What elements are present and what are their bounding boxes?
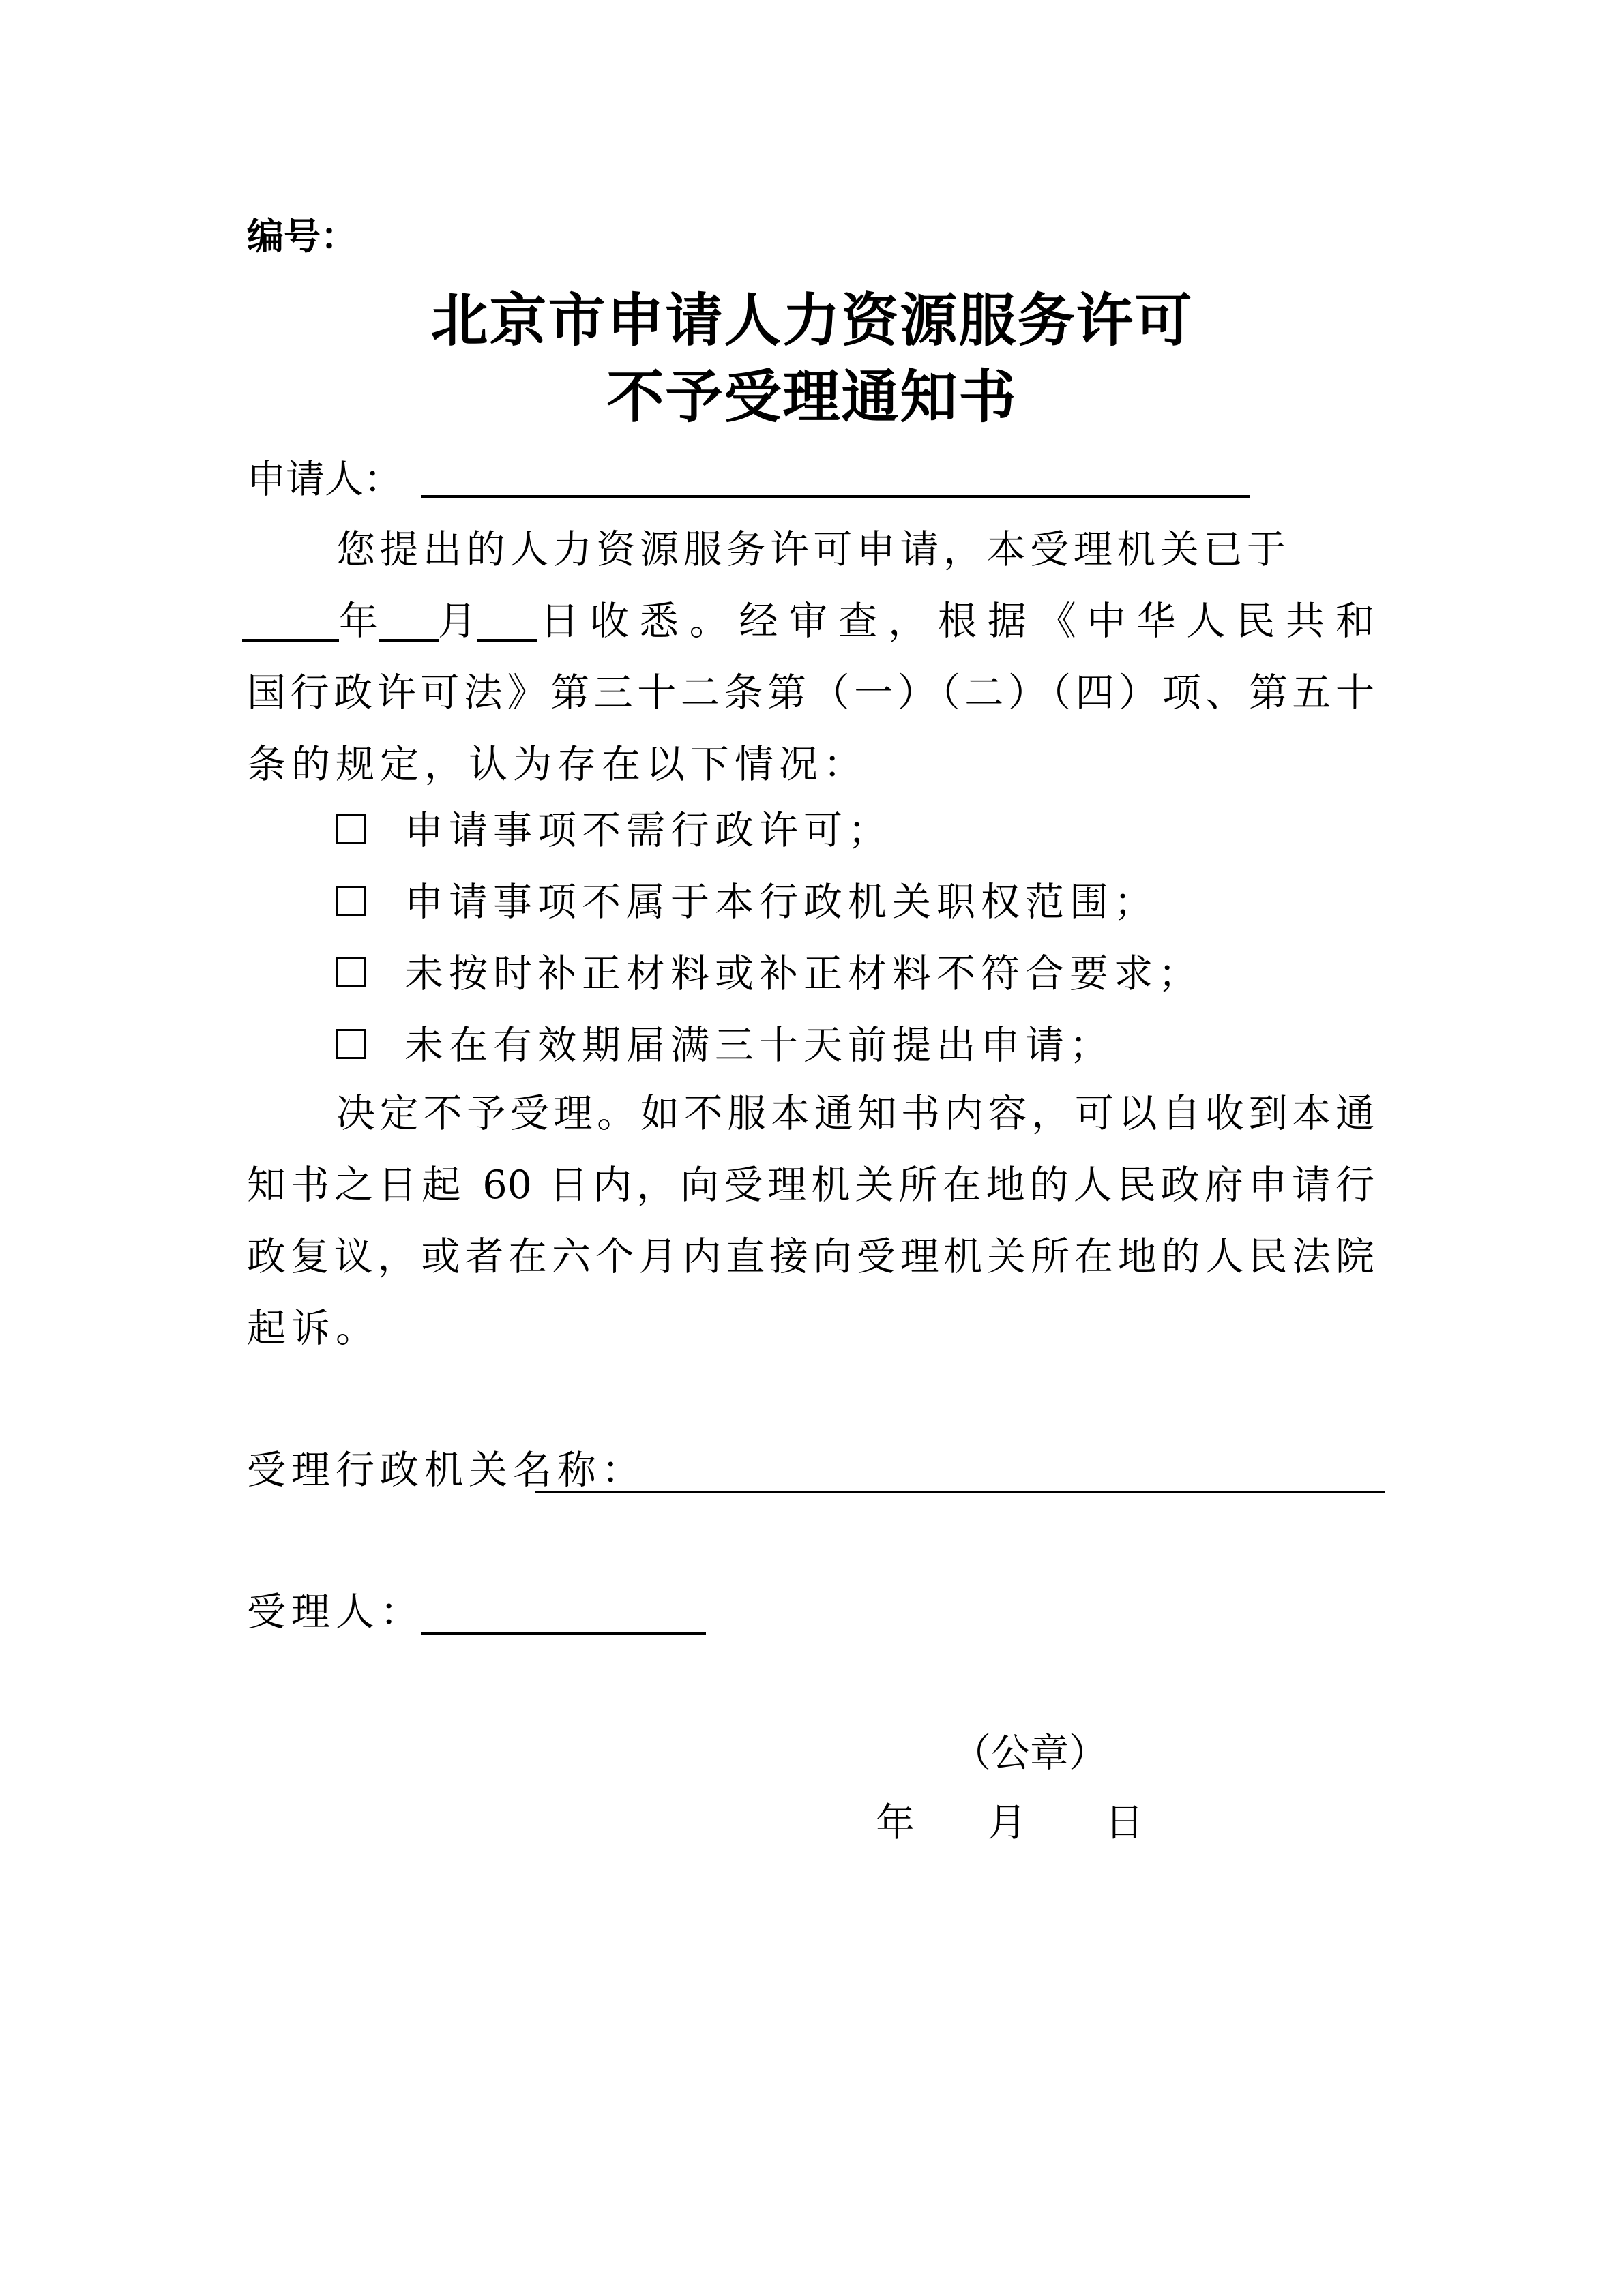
handler-field[interactable] (421, 1632, 706, 1635)
applicant-field[interactable] (421, 495, 1250, 498)
condition-checkbox-3[interactable] (336, 957, 366, 987)
decision-line-4: 起诉。 (247, 1304, 380, 1352)
intro-line-3: 国行政许可法》第三十二条第（一）（二）（四）项、第五十 (247, 669, 1374, 717)
condition-label-2: 申请事项不属于本行政机关职权范围； (404, 878, 1158, 926)
received-month-field[interactable] (379, 639, 439, 642)
intro-line-4: 条的规定，认为存在以下情况： (247, 741, 868, 788)
intro-line-2: 日收悉。经审查，根据《中华人民共和 (540, 597, 1374, 645)
intro-line-1: 您提出的人力资源服务许可申请，本受理机关已于 (336, 526, 1286, 573)
applicant-label: 申请人： (247, 456, 402, 503)
condition-checkbox-1[interactable] (336, 814, 366, 844)
decision-line-3: 政复议，或者在六个月内直接向受理机关所在地的人民法院 (247, 1233, 1374, 1281)
condition-checkbox-2[interactable] (336, 886, 366, 916)
condition-label-4: 未在有效期届满三十天前提出申请； (404, 1022, 1114, 1069)
serial-number-label: 编号： (247, 213, 357, 260)
received-month-label: 月 (438, 597, 477, 645)
sign-date-day: 日 (1105, 1799, 1144, 1847)
decision-line-1: 决定不予受理。如不服本通知书内容，可以自收到本通 (336, 1090, 1374, 1137)
agency-name-field[interactable] (535, 1491, 1385, 1493)
condition-label-3: 未按时补正材料或补正材料不符合要求； (404, 950, 1202, 998)
sign-date-month: 月 (988, 1799, 1027, 1847)
received-year-label: 年 (339, 597, 378, 645)
condition-label-1: 申请事项不需行政许可； (404, 807, 892, 854)
sign-date-year: 年 (876, 1799, 915, 1847)
condition-checkbox-4[interactable] (336, 1029, 366, 1059)
document-title-line1: 北京市申请人力资源服务许可 (0, 286, 1624, 355)
official-seal-label: （公章） (952, 1729, 1108, 1777)
decision-line-2: 知书之日起 60 日内，向受理机关所在地的人民政府申请行 (247, 1161, 1374, 1209)
received-day-field[interactable] (477, 639, 537, 642)
handler-label: 受理人： (247, 1588, 424, 1636)
received-year-field[interactable] (242, 639, 339, 642)
agency-name-label: 受理行政机关名称： (247, 1446, 646, 1494)
document-title-line2: 不予受理通知书 (0, 363, 1624, 431)
